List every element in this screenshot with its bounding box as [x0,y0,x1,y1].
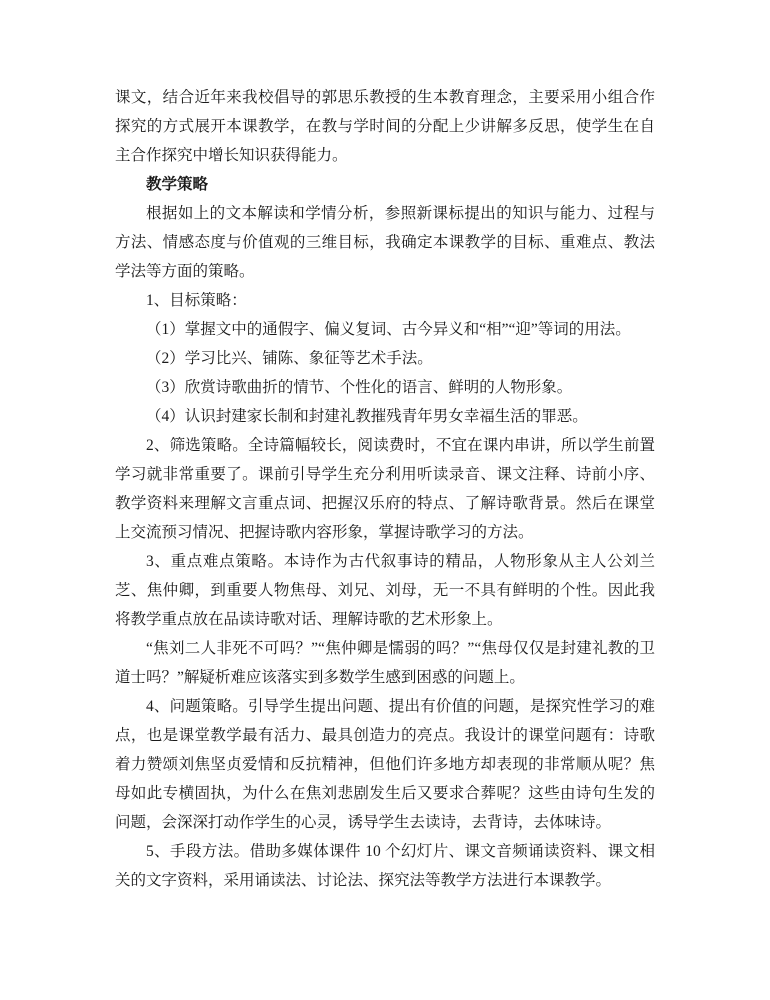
paragraph-strategy-5: 5、手段方法。借助多媒体课件 10 个幻灯片、课文音频诵读资料、课文相关的文字资… [115,837,655,895]
paragraph-overview: 根据如上的文本解读和学情分析，参照新课标提出的知识与能力、过程与方法、情感态度与… [115,199,655,286]
paragraph-goal-item-3: （3）欣赏诗歌曲折的情节、个性化的语言、鲜明的人物形象。 [115,373,655,402]
paragraph-strategy-3: 3、重点难点策略。本诗作为古代叙事诗的精品，人物形象从主人公刘兰芝、焦仲卿，到重… [115,547,655,634]
paragraph-strategy-2: 2、筛选策略。全诗篇幅较长，阅读费时，不宜在课内串讲，所以学生前置学习就非常重要… [115,431,655,547]
paragraph-questions-quote: “焦刘二人非死不可吗？”“焦仲卿是懦弱的吗？”“焦母仅仅是封建礼教的卫道士吗？”… [115,634,655,692]
paragraph-goal-item-2: （2）学习比兴、铺陈、象征等艺术手法。 [115,344,655,373]
document-body: 课文，结合近年来我校倡导的郭思乐教授的生本教育理念，主要采用小组合作探究的方式展… [115,83,655,895]
document-page: 课文，结合近年来我校倡导的郭思乐教授的生本教育理念，主要采用小组合作探究的方式展… [0,0,770,1000]
paragraph-goal-item-1: （1）掌握文中的通假字、偏义复词、古今异义和“相”“迎”等词的用法。 [115,315,655,344]
paragraph-strategy-1-title: 1、目标策略： [115,286,655,315]
paragraph-goal-item-4: （4）认识封建家长制和封建礼教摧残青年男女幸福生活的罪恶。 [115,402,655,431]
paragraph-continuation: 课文，结合近年来我校倡导的郭思乐教授的生本教育理念，主要采用小组合作探究的方式展… [115,83,655,170]
section-heading: 教学策略 [115,170,655,199]
paragraph-strategy-4: 4、问题策略。引导学生提出问题、提出有价值的问题，是探究性学习的难点，也是课堂教… [115,692,655,837]
